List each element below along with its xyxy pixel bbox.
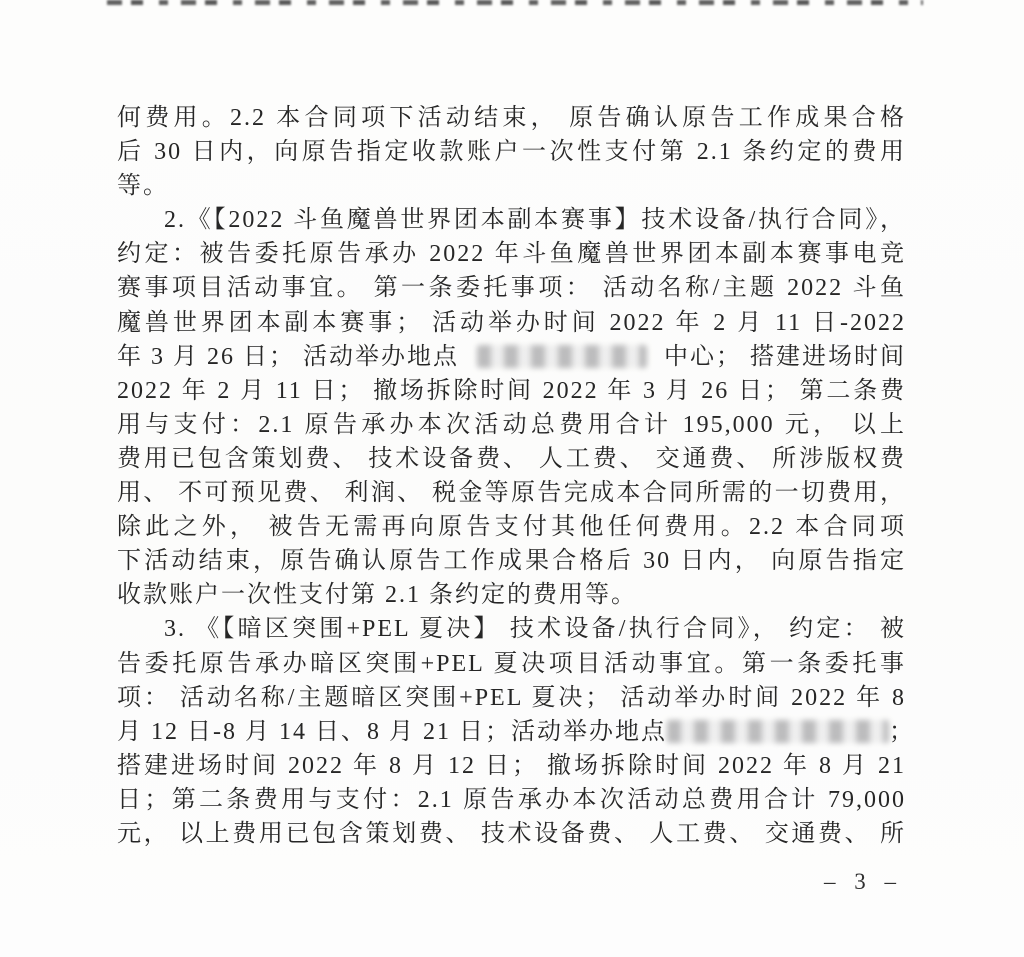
text-line: 赛事项目活动事宜。 第一条委托事项： 活动名称/主题 2022 斗鱼: [117, 271, 906, 305]
text-segment: 月 12 日-8 月 14 日、8 月 21 日；活动举办地点: [117, 715, 667, 749]
text-line: 约定：被告委托原告承办 2022 年斗鱼魔兽世界团本副本赛事电竞: [117, 237, 906, 271]
text-line: 告委托原告承办暗区突围+PEL 夏决项目活动事宜。第一条委托事: [117, 647, 906, 681]
text-line: 2.《【2022 斗鱼魔兽世界团本副本赛事】技术设备/执行合同》，: [117, 203, 906, 237]
text-line: 费用已包含策划费、 技术设备费、 人工费、 交通费、 所涉版权费: [117, 442, 906, 476]
text-line: 等。: [117, 169, 906, 203]
scanned-document-page: 何费用。2.2 本合同项下活动结束， 原告确认原告工作成果合格 后 30 日内，…: [0, 0, 1024, 957]
text-line: 日；第二条费用与支付：2.1 原告承办本次活动总费用合计 79,000: [117, 783, 906, 817]
cropped-text-remnant-top: [107, 0, 923, 5]
text-line: 用、 不可预见费、 利润、 税金等原告完成本合同所需的一切费用，: [117, 476, 906, 510]
page-number: – 3 –: [824, 869, 898, 895]
text-line: 收款账户一次性支付第 2.1 条约定的费用等。: [117, 578, 906, 612]
text-segment: 年 3 月 26 日； 活动举办地点: [117, 340, 459, 374]
text-line: 项： 活动名称/主题暗区突围+PEL 夏决； 活动举办时间 2022 年 8: [117, 681, 906, 715]
document-body: 何费用。2.2 本合同项下活动结束， 原告确认原告工作成果合格 后 30 日内，…: [117, 101, 906, 851]
text-line-with-redaction: 月 12 日-8 月 14 日、8 月 21 日；活动举办地点 ；: [117, 715, 906, 749]
text-line: 何费用。2.2 本合同项下活动结束， 原告确认原告工作成果合格: [117, 101, 906, 135]
text-segment: 中心； 搭建进场时间: [664, 340, 906, 374]
text-line: 魔兽世界团本副本赛事； 活动举办时间 2022 年 2 月 11 日-2022: [117, 306, 906, 340]
text-line: 用与支付：2.1 原告承办本次活动总费用合计 195,000 元， 以上: [117, 408, 906, 442]
text-line: 元， 以上费用已包含策划费、 技术设备费、 人工费、 交通费、 所: [117, 817, 906, 851]
redacted-venue-blur: [667, 720, 889, 743]
text-segment: ；: [889, 715, 915, 749]
text-line: 2022 年 2 月 11 日； 撤场拆除时间 2022 年 3 月 26 日；…: [117, 374, 906, 408]
text-line: 后 30 日内，向原告指定收款账户一次性支付第 2.1 条约定的费用: [117, 135, 906, 169]
text-line: 3. 《【暗区突围+PEL 夏决】 技术设备/执行合同》， 约定： 被: [117, 612, 906, 646]
redacted-venue-blur: [477, 345, 647, 368]
text-line: 除此之外， 被告无需再向原告支付其他任何费用。2.2 本合同项: [117, 510, 906, 544]
text-line: 下活动结束，原告确认原告工作成果合格后 30 日内， 向原告指定: [117, 544, 906, 578]
text-line-with-redaction: 年 3 月 26 日； 活动举办地点 中心； 搭建进场时间: [117, 340, 906, 374]
text-line: 搭建进场时间 2022 年 8 月 12 日； 撤场拆除时间 2022 年 8 …: [117, 749, 906, 783]
